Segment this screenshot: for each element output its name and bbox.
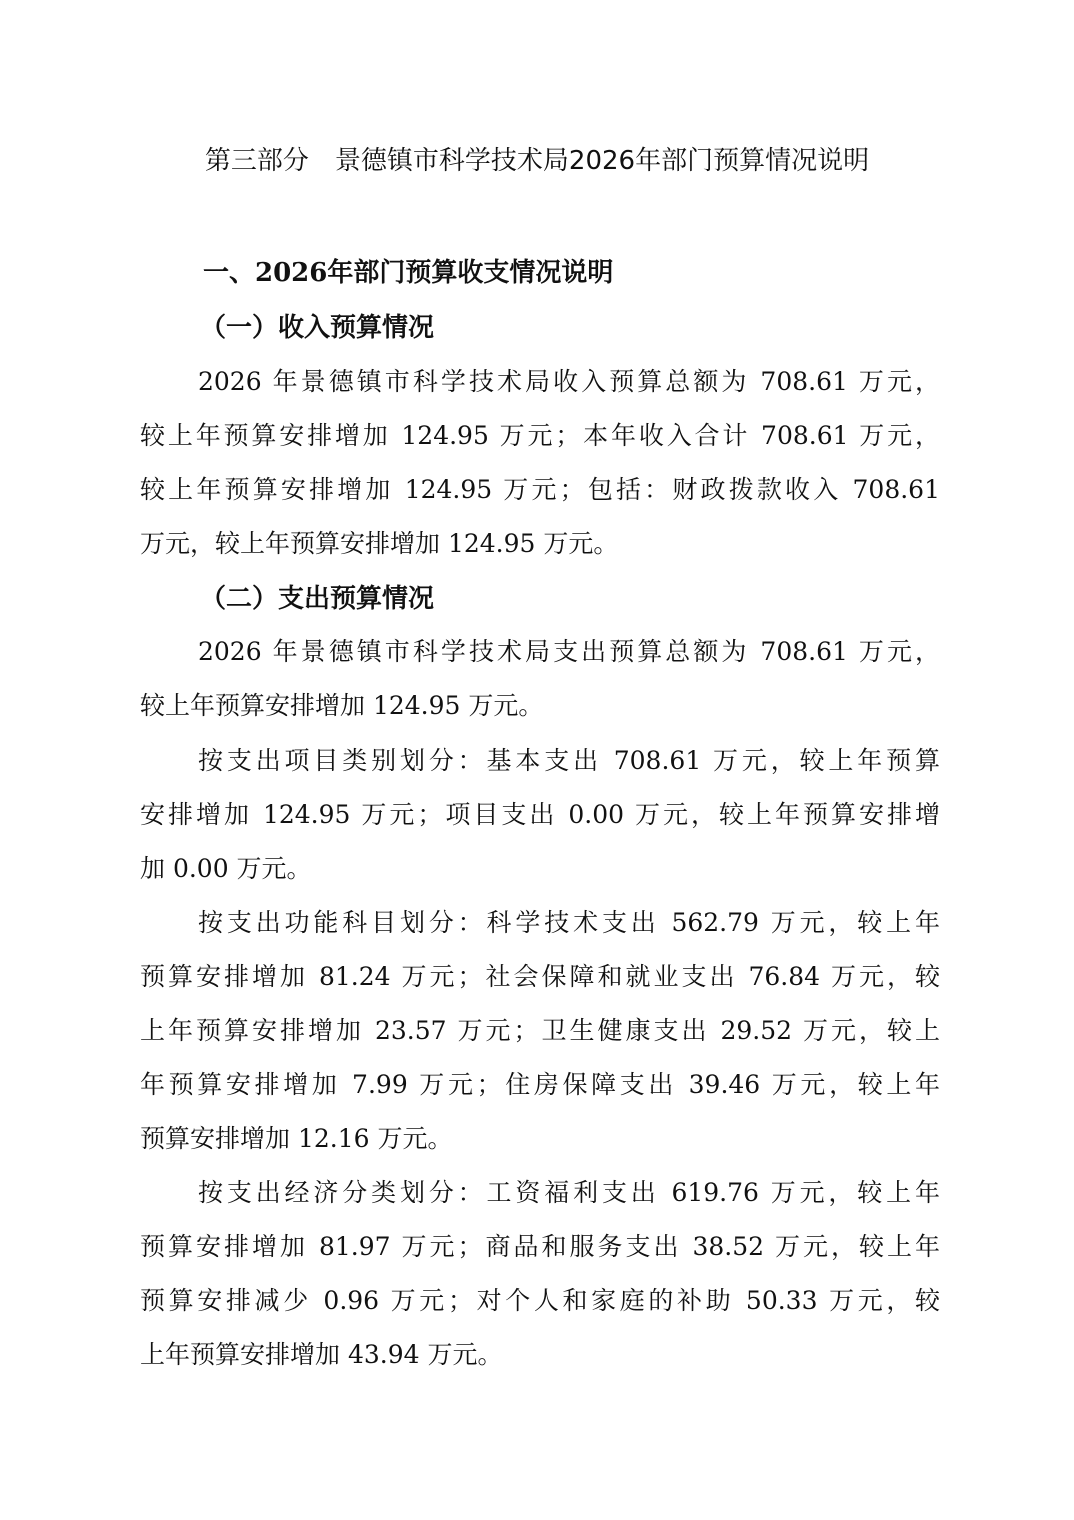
subsection-heading-expenditure: （二）支出预算情况 — [200, 578, 434, 615]
paragraph-line: 预算安排减少 0.96 万元；对个人和家庭的补助 50.33 万元，较 — [140, 1281, 940, 1317]
paragraph-line: 预算安排增加 81.97 万元；商品和服务支出 38.52 万元，较上年 — [140, 1227, 940, 1263]
paragraph-line: 安排增加 124.95 万元；项目支出 0.00 万元，较上年预算安排增 — [140, 795, 940, 831]
paragraph-line: 较上年预算安排增加 124.95 万元；本年收入合计 708.61 万元， — [140, 416, 940, 452]
subsection-heading-income: （一）收入预算情况 — [200, 307, 434, 344]
paragraph-line: 2026 年景德镇市科学技术局支出预算总额为 708.61 万元， — [198, 632, 940, 668]
paragraph-line: 按支出经济分类划分：工资福利支出 619.76 万元，较上年 — [198, 1173, 940, 1209]
paragraph-line: 较上年预算安排增加 124.95 万元。 — [140, 686, 940, 722]
paragraph-line: 预算安排增加 81.24 万元；社会保障和就业支出 76.84 万元，较 — [140, 957, 940, 993]
document-page: 第三部分 景德镇市科学技术局2026年部门预算情况说明 一、2026年部门预算收… — [0, 0, 1074, 1520]
paragraph-line: 上年预算安排增加 23.57 万元；卫生健康支出 29.52 万元，较上 — [140, 1011, 940, 1047]
paragraph-line: 按支出功能科目划分：科学技术支出 562.79 万元，较上年 — [198, 903, 940, 939]
document-title: 第三部分 景德镇市科学技术局2026年部门预算情况说明 — [0, 140, 1074, 177]
paragraph-line: 较上年预算安排增加 124.95 万元；包括：财政拨款收入 708.61 — [140, 470, 940, 506]
paragraph-line: 万元，较上年预算安排增加 124.95 万元。 — [140, 524, 940, 560]
section-heading-budget-overview: 一、2026年部门预算收支情况说明 — [203, 252, 613, 289]
paragraph-line: 年预算安排增加 7.99 万元；住房保障支出 39.46 万元，较上年 — [140, 1065, 940, 1101]
paragraph-line: 2026 年景德镇市科学技术局收入预算总额为 708.61 万元， — [198, 362, 940, 398]
paragraph-line: 加 0.00 万元。 — [140, 849, 940, 885]
paragraph-line: 按支出项目类别划分：基本支出 708.61 万元，较上年预算 — [198, 741, 940, 777]
paragraph-line: 预算安排增加 12.16 万元。 — [140, 1119, 940, 1155]
paragraph-line: 上年预算安排增加 43.94 万元。 — [140, 1335, 940, 1371]
